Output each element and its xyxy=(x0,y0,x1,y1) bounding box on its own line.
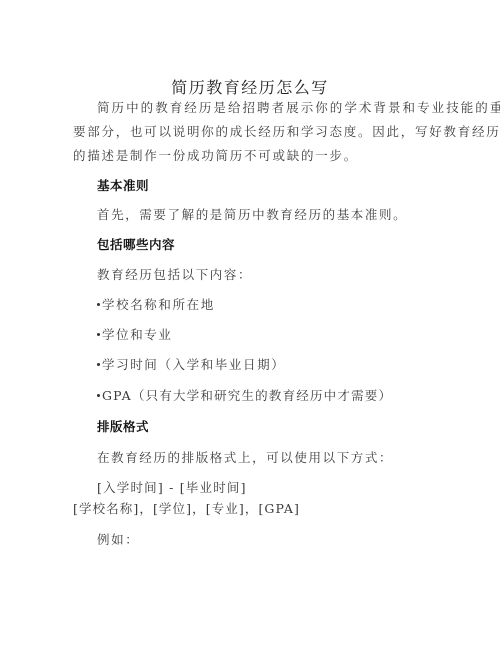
section-heading-format: 排版格式 xyxy=(97,419,149,435)
bullet-item: 学位和专业 xyxy=(97,327,173,343)
format-line-dates: [入学时间] - [毕业时间] xyxy=(97,480,247,496)
intro-line-2: 要部分，也可以说明你的成长经历和学习态度。因此，写好教育经历 xyxy=(73,124,500,140)
bullet-item: GPA（只有大学和研究生的教育经历中才需要） xyxy=(97,388,392,404)
bullet-dot-icon xyxy=(97,363,100,366)
format-intro-text: 在教育经历的排版格式上，可以使用以下方式： xyxy=(97,450,393,466)
bullet-dot-icon xyxy=(97,333,100,336)
intro-line-1: 简历中的教育经历是给招聘者展示你的学术背景和专业技能的重 xyxy=(97,100,500,116)
section-heading-basic-rules: 基本准则 xyxy=(97,178,149,194)
bullet-dot-icon xyxy=(97,394,100,397)
basic-rules-text: 首先，需要了解的是简历中教育经历的基本准则。 xyxy=(97,207,407,223)
document-page: 简历教育经历怎么写 简历中的教育经历是给招聘者展示你的学术背景和专业技能的重 要… xyxy=(0,0,500,647)
bullet-item: 学习时间（入学和毕业日期） xyxy=(97,357,285,373)
contents-intro-text: 教育经历包括以下内容： xyxy=(97,267,252,283)
bullet-item: 学校名称和所在地 xyxy=(97,297,215,313)
section-heading-contents: 包括哪些内容 xyxy=(97,237,175,253)
example-label: 例如： xyxy=(97,532,139,548)
format-line-school: [学校名称]，[学位]，[专业]，[GPA] xyxy=(73,501,300,517)
intro-line-3: 的描述是制作一份成功简历不可或缺的一步。 xyxy=(73,148,358,164)
page-title: 简历教育经历怎么写 xyxy=(0,78,500,98)
bullet-dot-icon xyxy=(97,303,100,306)
